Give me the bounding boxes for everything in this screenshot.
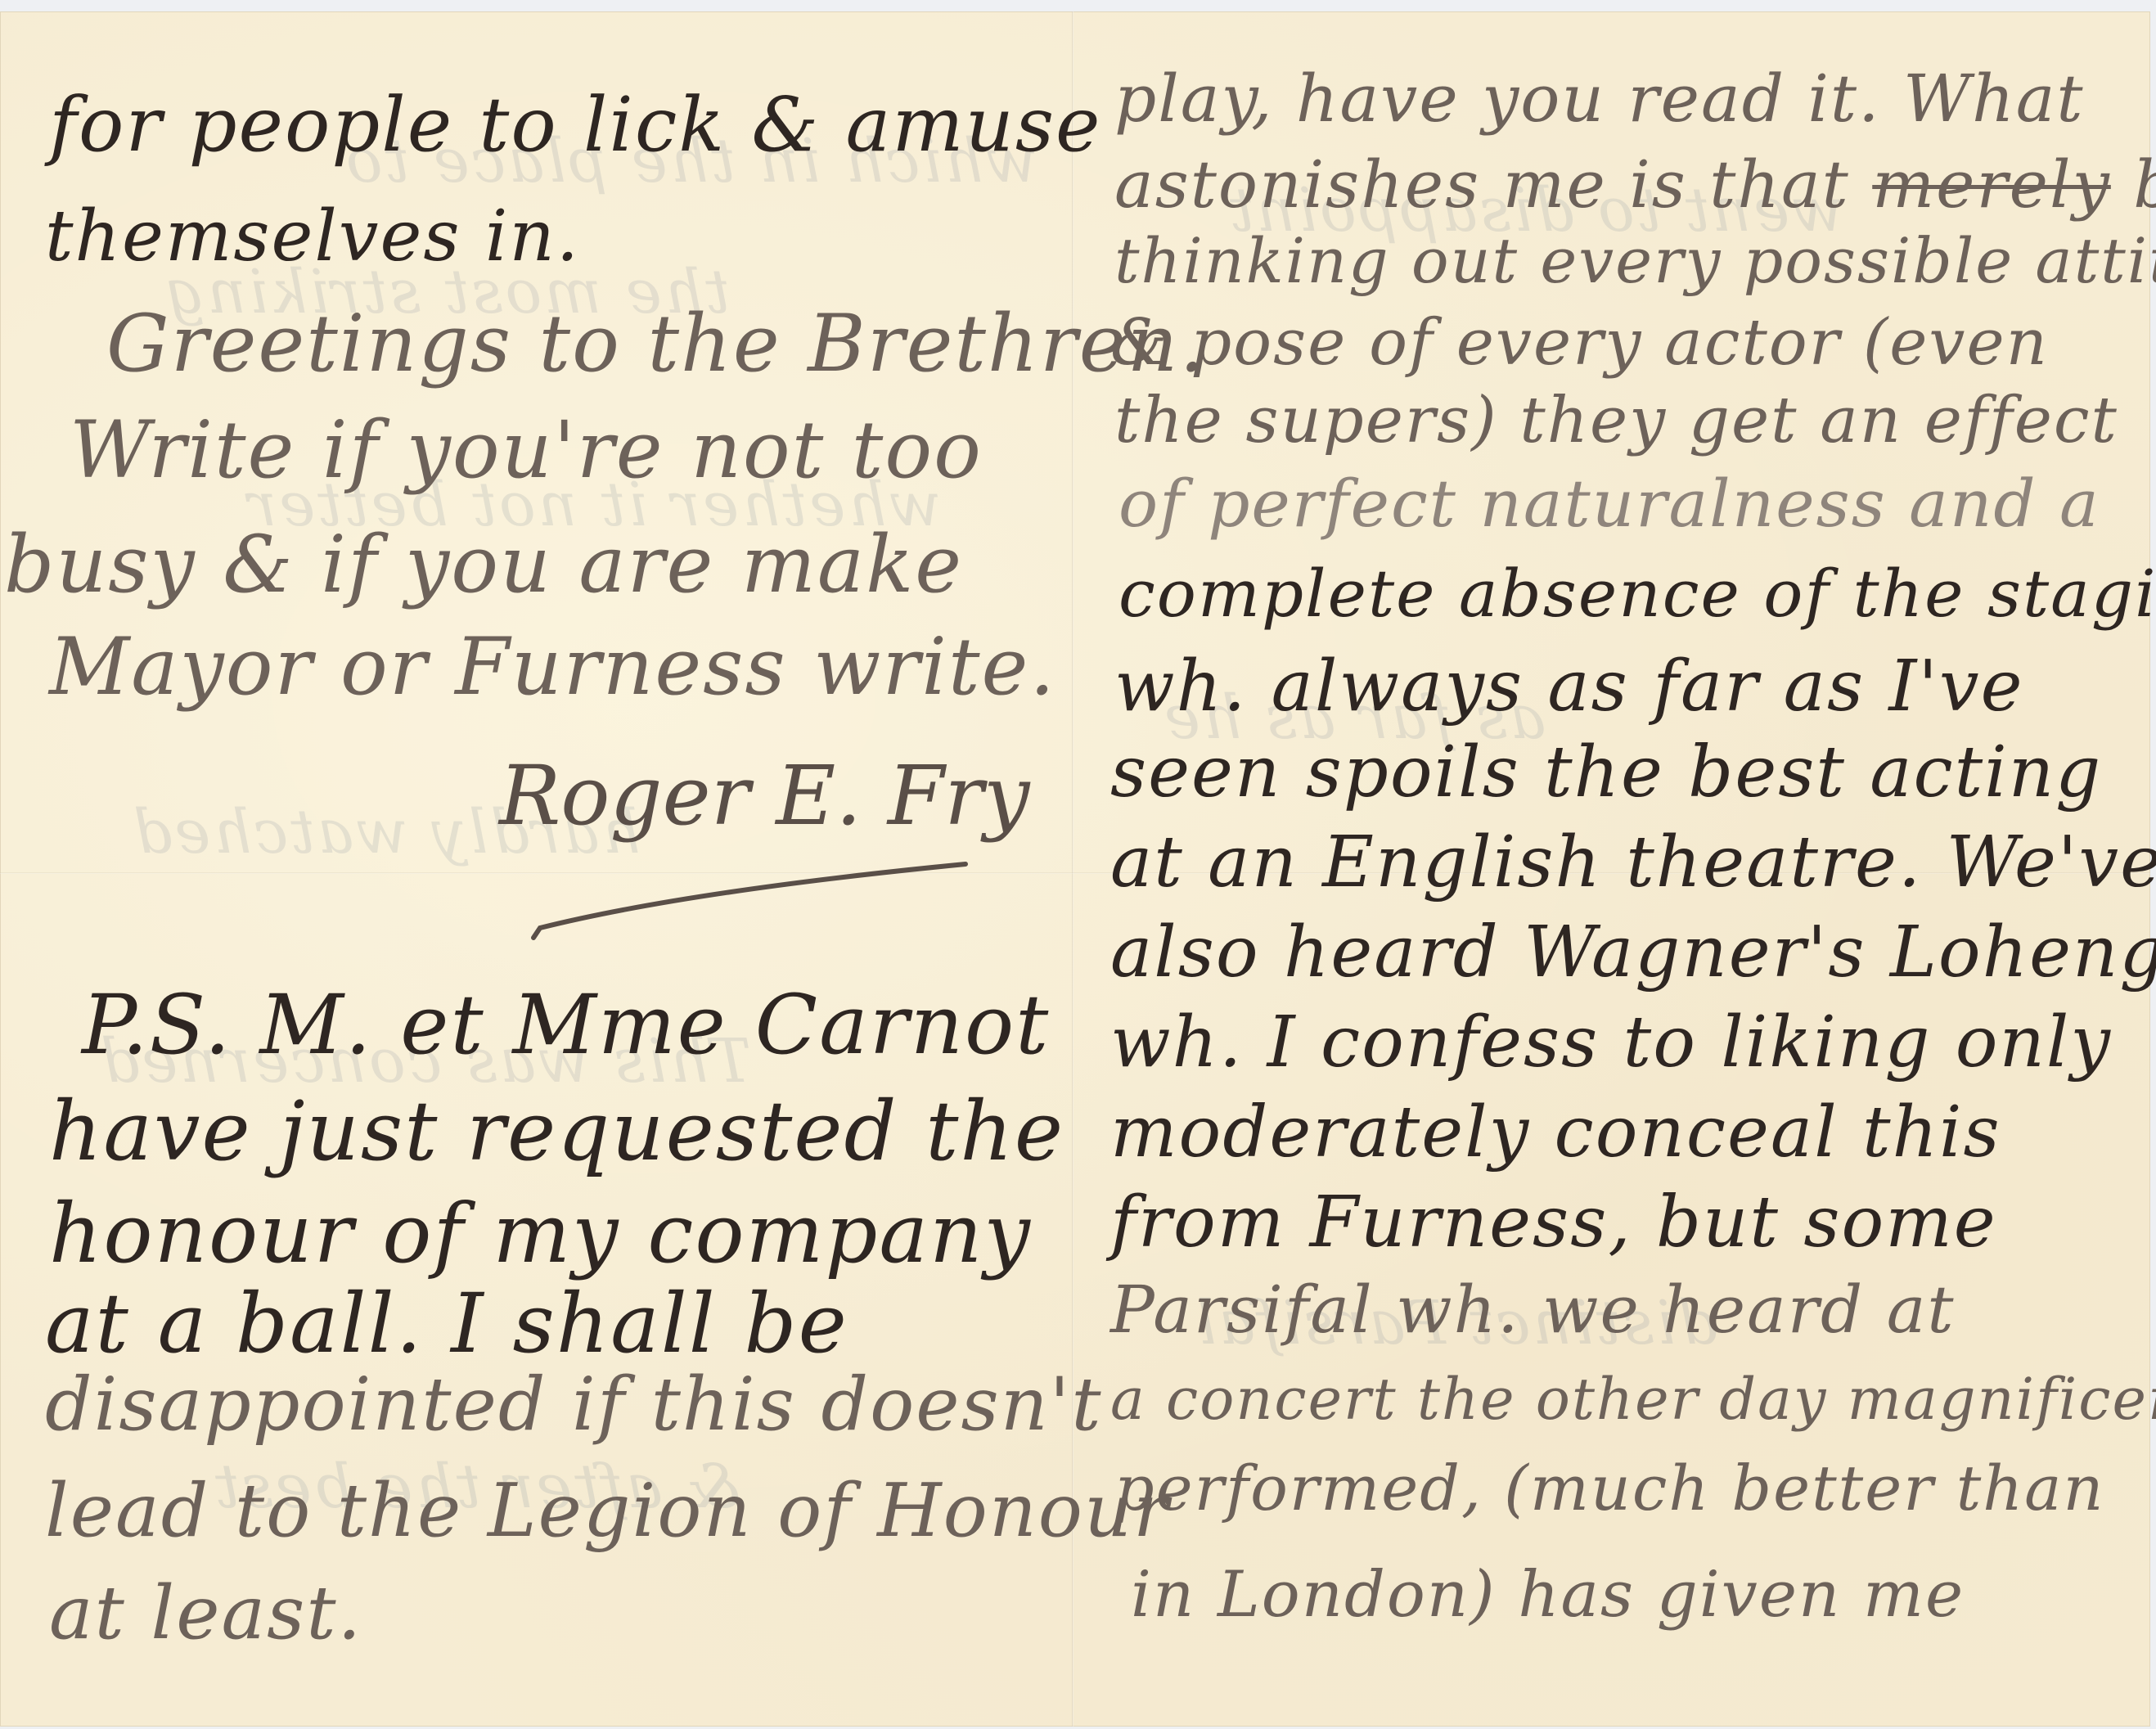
letter-line: complete absence of the staginess (1119, 556, 2156, 632)
letter-line: Parsifal wh. we heard at (1110, 1272, 1956, 1348)
left-page: for people to lick & amuse themselves in… (0, 11, 1072, 1727)
letter-line: also heard Wagner's Lohengrin (1110, 912, 2156, 993)
letter-line: at least. (49, 1570, 362, 1656)
signature: Roger E. Fry (499, 748, 1030, 844)
letter-line: in London) has given me (1131, 1558, 1965, 1632)
letter-line: & pose of every actor (even (1110, 306, 2049, 380)
letter-line: moderately conceal this (1110, 1092, 2001, 1173)
letter-line: a concert the other day magnificently (1110, 1366, 2156, 1433)
struck-word: merely (1872, 146, 2111, 223)
letter-line: P.S. M. et Mme Carnot (82, 977, 1050, 1073)
letter-line: Greetings to the Brethren. (106, 298, 1206, 389)
letter-line: have just requested the (49, 1083, 1064, 1179)
letter-line: seen spoils the best acting (1110, 732, 2102, 813)
letter-line: play, have you read it. What (1114, 61, 2085, 137)
letter-line: wh. always as far as I've (1114, 646, 2024, 727)
letter-line: the supers) they get an effect (1114, 384, 2118, 457)
signature-flourish (524, 846, 982, 944)
letter-line: lead to the Legion of Honour (45, 1468, 1170, 1554)
letter-line: disappointed if this doesn't (45, 1362, 1103, 1448)
letter-line: busy & if you are make (4, 519, 963, 610)
letter-line: themselves in. (45, 196, 580, 277)
letter-line: Write if you're not too (70, 404, 983, 496)
letter-line: Mayor or Furness write. (49, 621, 1056, 713)
letter-line: wh. I confess to liking only (1110, 1002, 2112, 1083)
letter-text: by (2133, 146, 2156, 223)
right-page: play, have you read it. What astonishes … (1073, 11, 2150, 1727)
letter-line: thinking out every possible attitude (1114, 224, 2156, 297)
letter-line: at an English theatre. We've (1110, 822, 2156, 903)
letter-line: honour of my company (49, 1186, 1032, 1281)
letter-line: for people to lick & amuse (49, 81, 1102, 169)
letter-line: of perfect naturalness and a (1119, 466, 2100, 542)
letter-line: from Furness, but some (1110, 1182, 1997, 1263)
letter-line: at a ball. I shall be (45, 1276, 848, 1371)
letter-line: astonishes me is that merely by (1114, 146, 2156, 223)
letter-text: astonishes me is that (1114, 146, 1850, 223)
letter-sheet: which in the place to the most striking … (0, 11, 2150, 1727)
letter-line: performed, (much better than (1114, 1452, 2104, 1524)
